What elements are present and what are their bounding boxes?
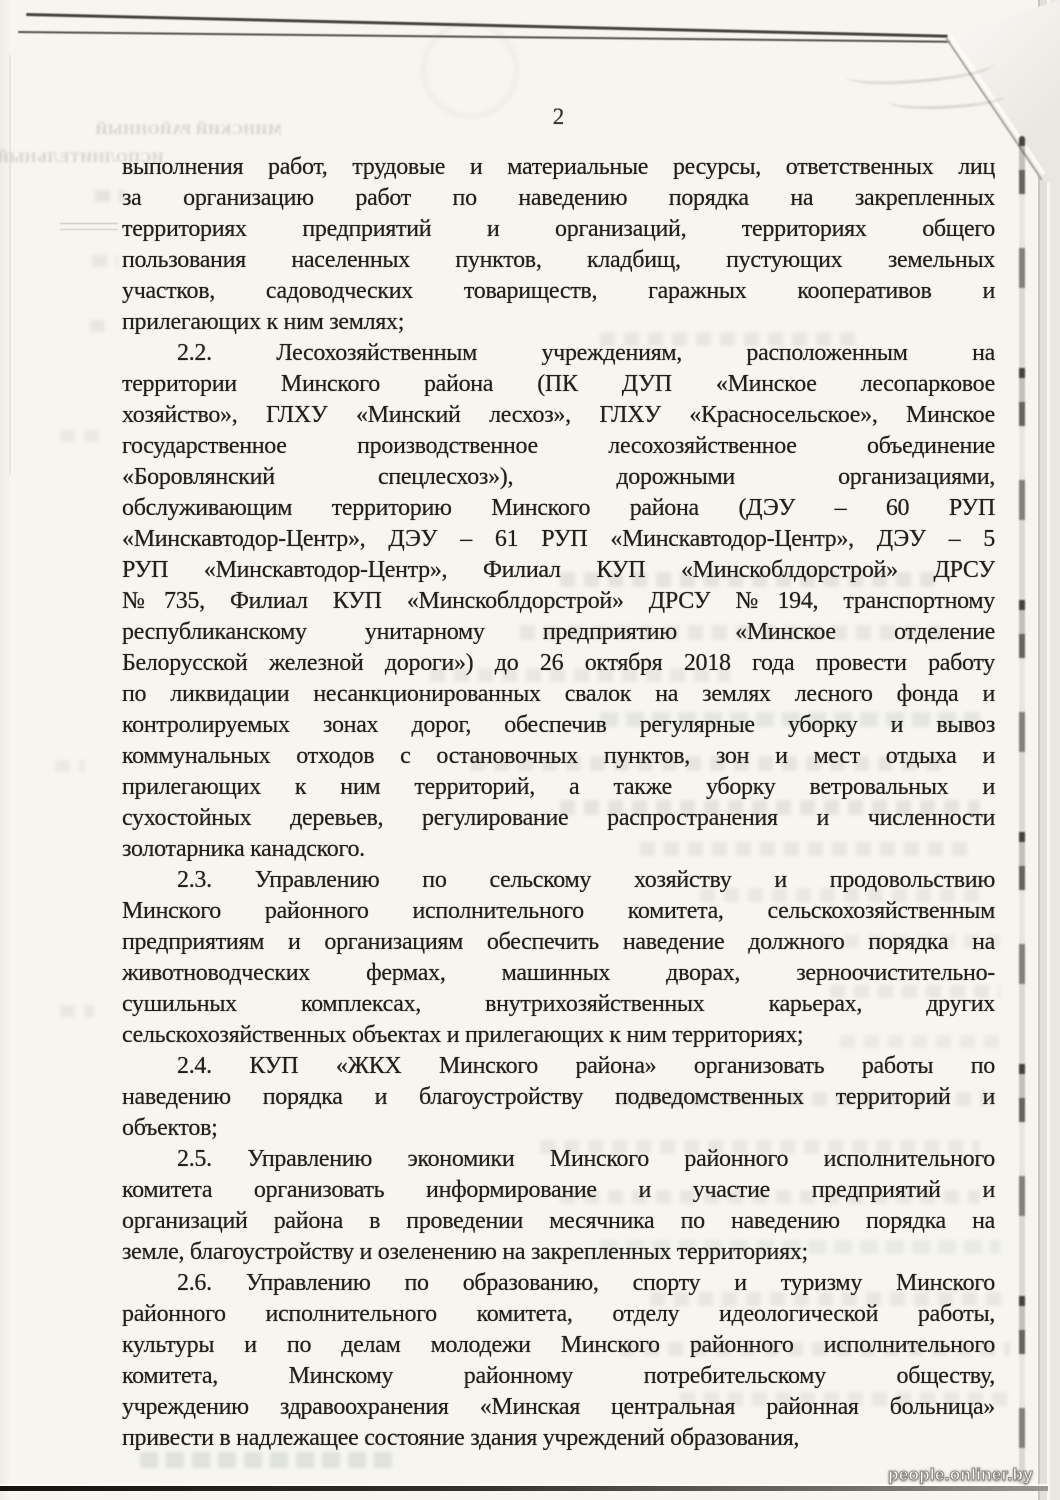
paragraph: 2.3. Управлению по сельскому хозяйству и… (122, 865, 995, 1051)
text-line: комитета организовать информирование и у… (122, 1175, 995, 1206)
text-line: сушильных комплексах, внутрихозяйственны… (122, 989, 995, 1020)
bleedthrough-mark (95, 190, 125, 202)
text-line: объектов; (122, 1113, 995, 1144)
handwriting-bleedthrough-mark (844, 50, 996, 89)
text-line: выполнения работ, трудовые и материальны… (122, 152, 995, 183)
page-right-edge (1038, 0, 1060, 1500)
text-line: учреждению здравоохранения «Минская цент… (122, 1392, 995, 1423)
bleedthrough-mark (55, 760, 85, 772)
line-bleedthrough-mark (60, 223, 118, 230)
text-line: прилегающих к ним территорий, а также уб… (122, 772, 995, 803)
text-line: прилегающих к ним землях; (122, 307, 995, 338)
text-line: по ликвидации несанкционированных свалок… (122, 679, 995, 710)
bleedthrough-mark (60, 1005, 94, 1017)
text-line: 2.4. КУП «ЖКХ Минского района» организов… (122, 1051, 995, 1082)
text-line: 2.2. Лесохозяйственным учреждениям, расп… (122, 338, 995, 369)
text-line: «Минскавтодор-Центр», ДЭУ – 61 РУП «Минс… (122, 524, 995, 555)
site-watermark: people.onliner.by (882, 1464, 1039, 1487)
text-line: животноводческих фермах, машинных дворах… (122, 958, 995, 989)
text-line: Минского районного исполнительного комит… (122, 896, 995, 927)
text-line: коммунальных отходов с остановочных пунк… (122, 741, 995, 772)
paragraph: 2.6. Управлению по образованию, спорту и… (122, 1268, 995, 1454)
text-line: золотарника канадского. (122, 834, 995, 865)
bleedthrough-mark (140, 1452, 400, 1468)
page-left-edge-line (9, 55, 11, 475)
paragraph: 2.5. Управлению экономики Минского район… (122, 1144, 995, 1268)
text-line: территориях предприятий и организаций, т… (122, 214, 995, 245)
text-line: №735, Филиал КУП «Минскоблдорстрой» ДРСУ… (122, 586, 995, 617)
bleedthrough-mark (60, 430, 100, 442)
text-line: республиканскому унитарному предприятию … (122, 617, 995, 648)
text-line: районного исполнительного комитета, отде… (122, 1299, 995, 1330)
text-line: пользования населенных пунктов, кладбищ,… (122, 245, 995, 276)
bleedthrough-mark (92, 255, 118, 267)
text-line: комитета, Минскому районному потребитель… (122, 1361, 995, 1392)
text-line: обслуживающим территорию Минского района… (122, 493, 995, 524)
paragraph: 2.2. Лесохозяйственным учреждениям, расп… (122, 338, 995, 865)
paragraph: 2.4. КУП «ЖКХ Минского района» организов… (122, 1051, 995, 1144)
text-line: Белорусской железной дороги») до 26 октя… (122, 648, 995, 679)
text-line: 2.3. Управлению по сельскому хозяйству и… (122, 865, 995, 896)
text-line: сельскохозяйственных объектах и прилегаю… (122, 1020, 995, 1051)
text-line: участков, садоводческих товариществ, гар… (122, 276, 995, 307)
text-line: привести в надлежащее состояние здания у… (122, 1423, 995, 1454)
scan-binding-streak (1019, 136, 1025, 1488)
scanned-document-page: МИНСКИЙ РАЙОННЫЙ ИСПОЛНИТЕЛЬНЫЙ КОМИТЕТ … (0, 0, 1060, 1500)
text-line: территории Минского района (ПК ДУП «Минс… (122, 369, 995, 400)
text-line: наведению порядка и благоустройству подв… (122, 1082, 995, 1113)
page-number: 2 (122, 104, 995, 130)
text-line: РУП «Минскавтодор-Центр», Филиал КУП «Ми… (122, 555, 995, 586)
text-line: «Боровлянский спецлесхоз»), дорожными ор… (122, 462, 995, 493)
text-line: 2.6. Управлению по образованию, спорту и… (122, 1268, 995, 1299)
text-line: государственное производственное лесохоз… (122, 431, 995, 462)
text-line: земле, благоустройству и озеленению на з… (122, 1237, 995, 1268)
text-line: сухостойных деревьев, регулирование расп… (122, 803, 995, 834)
text-line: 2.5. Управлению экономики Минского район… (122, 1144, 995, 1175)
text-line: за организацию работ по наведению порядк… (122, 183, 995, 214)
bleedthrough-mark (90, 320, 114, 332)
text-line: организаций района в проведении месячник… (122, 1206, 995, 1237)
text-line: культуры и по делам молодежи Минского ра… (122, 1330, 995, 1361)
text-line: хозяйство», ГЛХУ «Минский лесхоз», ГЛХУ … (122, 400, 995, 431)
page-left-edge-shade (0, 0, 9, 1500)
document-body: выполнения работ, трудовые и материальны… (122, 152, 995, 1454)
paragraph: выполнения работ, трудовые и материальны… (122, 152, 995, 338)
text-line: предприятиям и организациям обеспечить н… (122, 927, 995, 958)
text-line: контролируемых зонах дорог, обеспечив ре… (122, 710, 995, 741)
